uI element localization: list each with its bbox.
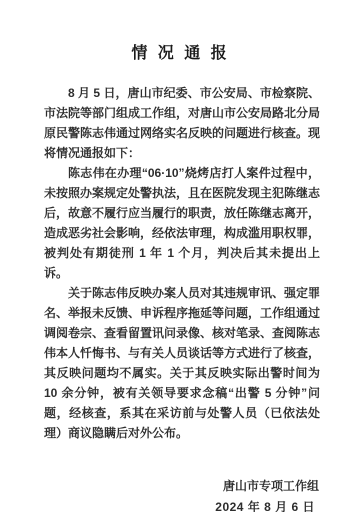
notice-paragraph-findings: 关于陈志伟反映办案人员对其违规审讯、强定罪名、举报未反馈、申诉程序拖延等问题，工… <box>44 283 320 443</box>
signature-org: 唐山市专项工作组 <box>0 476 319 497</box>
signature-block: 唐山市专项工作组 2024 年 8 月 6 日 <box>0 476 319 512</box>
notice-title: 情 况 通 报 <box>0 0 361 63</box>
notice-paragraph-case: 陈志伟在办理“06·10”烧烤店打人案件过程中，未按照办案规定处警执法，且在医院… <box>44 163 320 283</box>
signature-date: 2024 年 8 月 6 日 <box>0 497 319 512</box>
notice-paragraph-intro: 8 月 5 日，唐山市纪委、市公安局、市检察院、市法院等部门组成工作组，对唐山市… <box>44 83 320 163</box>
notice-body: 8 月 5 日，唐山市纪委、市公安局、市检察院、市法院等部门组成工作组，对唐山市… <box>44 83 320 443</box>
notice-document: 情 况 通 报 8 月 5 日，唐山市纪委、市公安局、市检察院、市法院等部门组成… <box>0 0 361 512</box>
